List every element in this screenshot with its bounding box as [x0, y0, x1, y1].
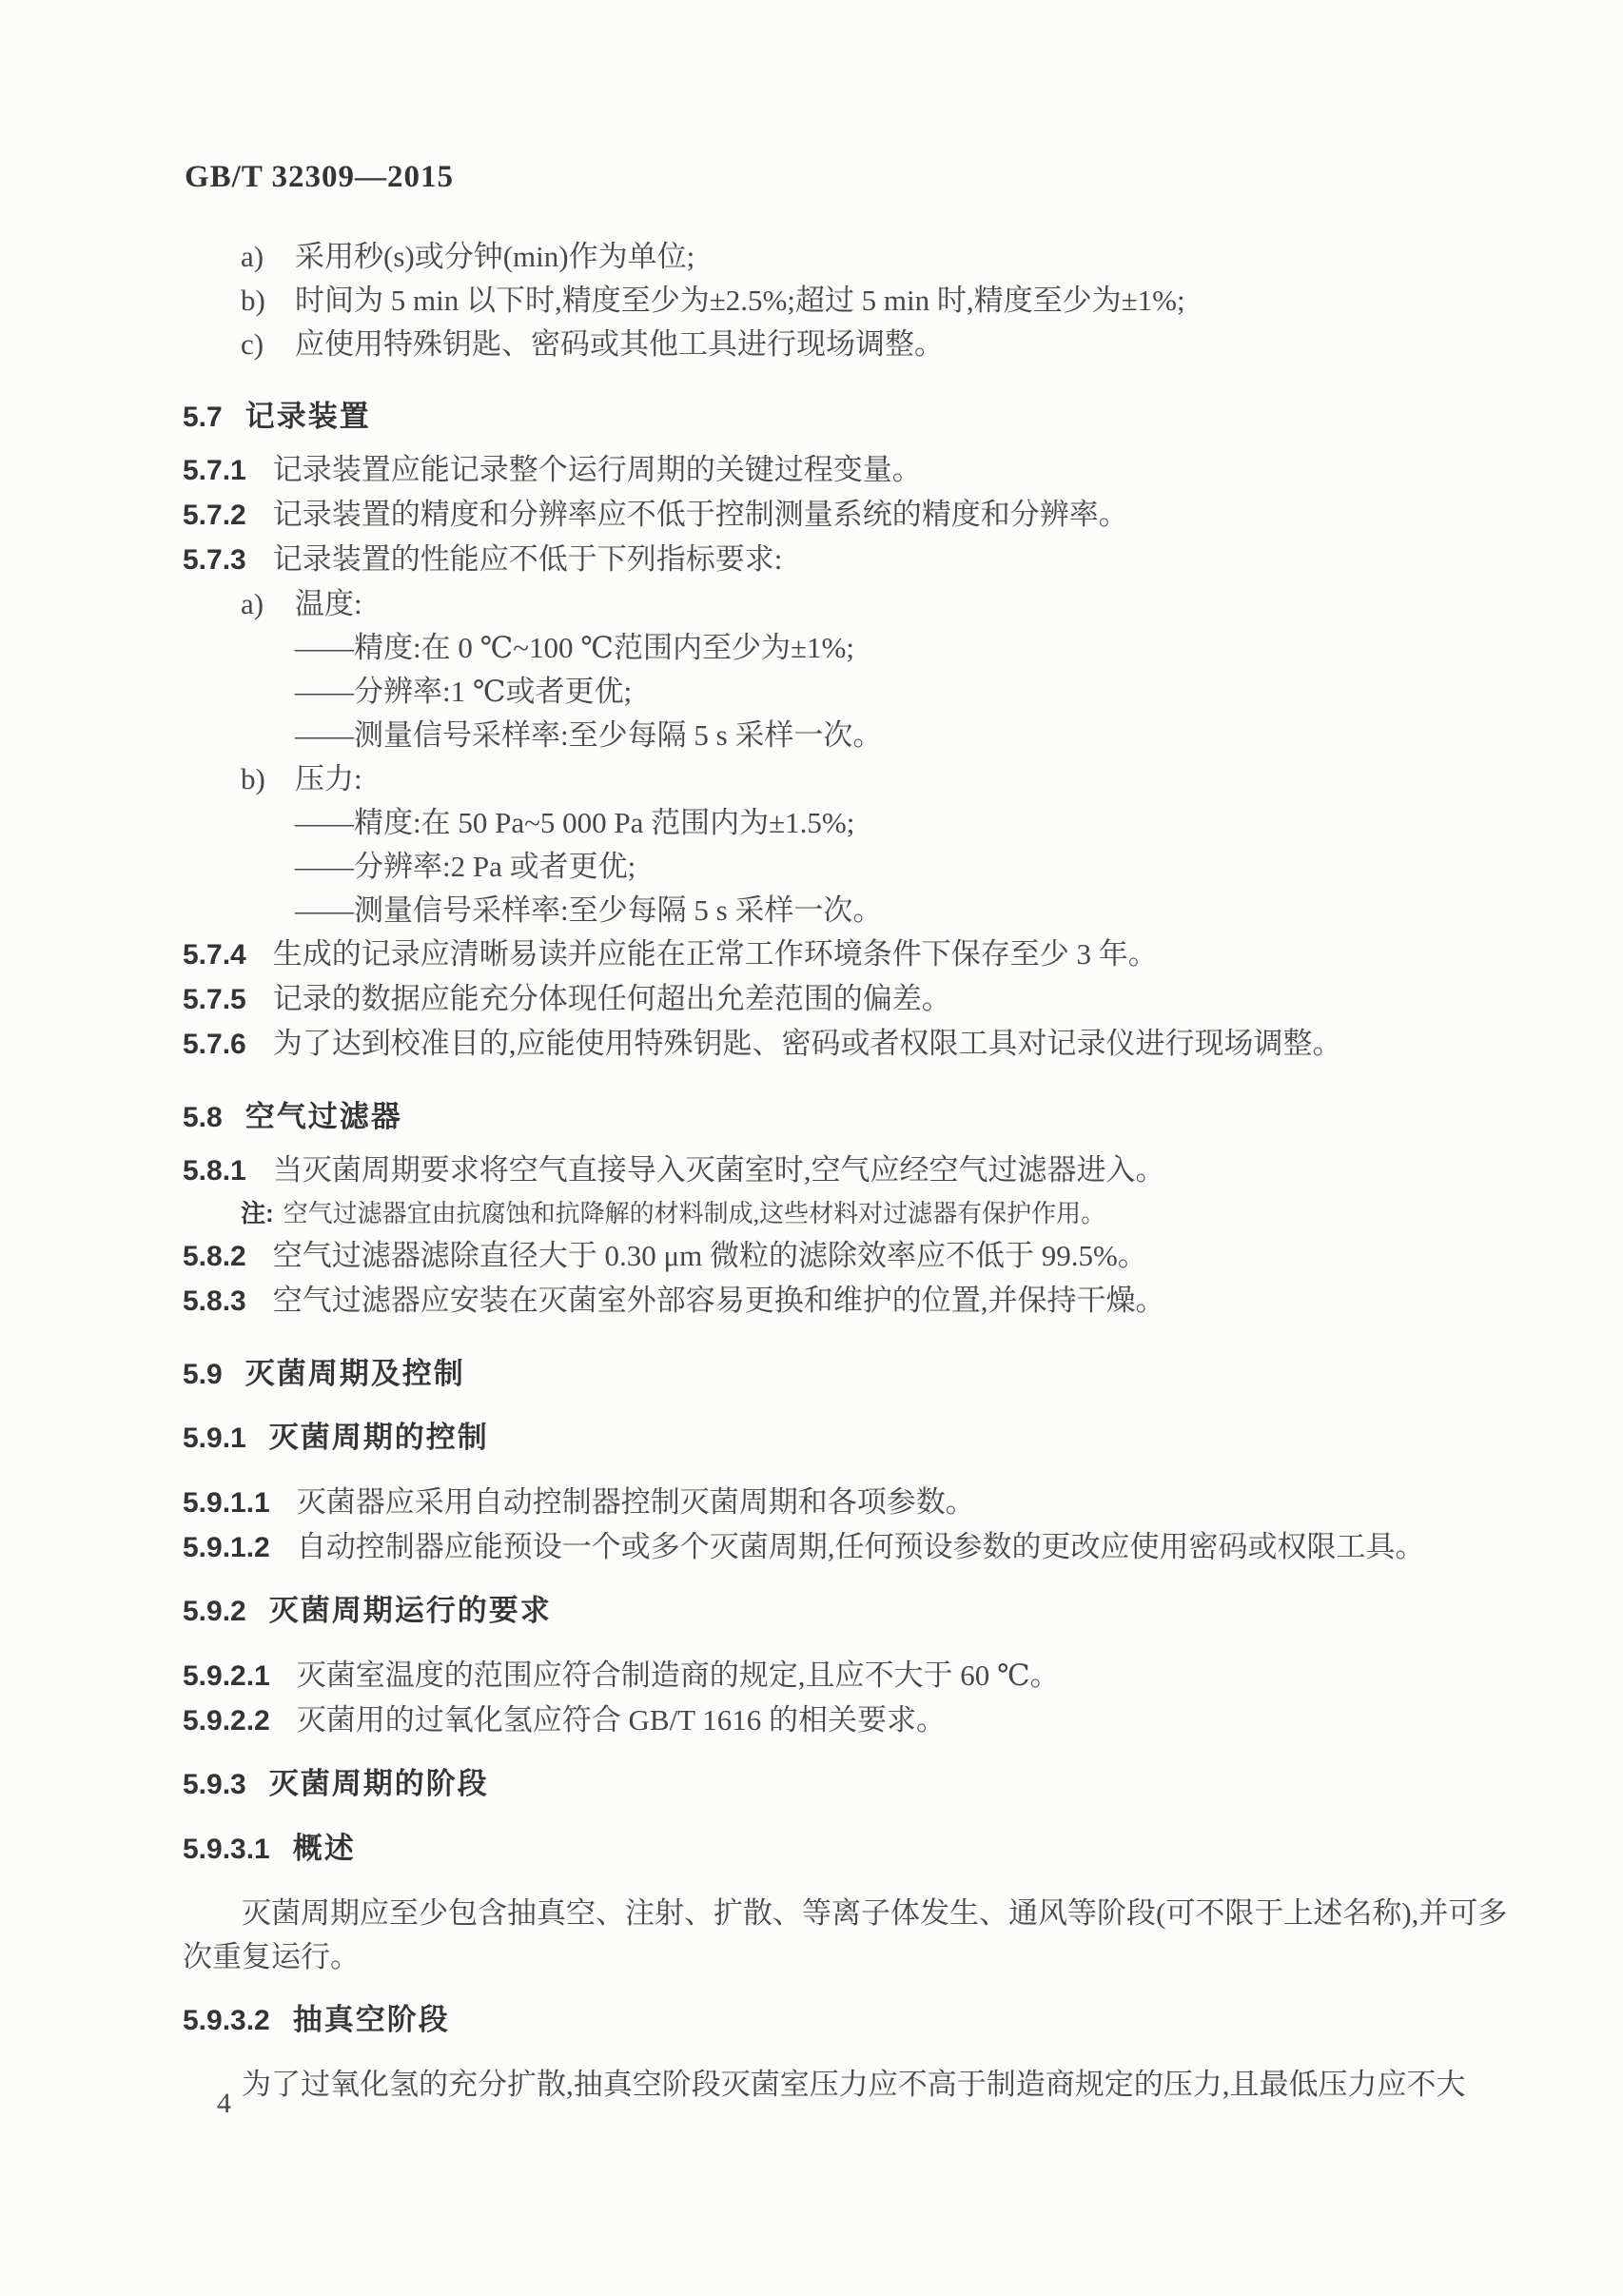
- clause-number: 5.7.2: [183, 500, 246, 531]
- list-item-b: b)时间为 5 min 以下时,精度至少为±2.5%;超过 5 min 时,精度…: [183, 279, 1518, 323]
- clause-5.9.1.2: 5.9.1.2自动控制器应能预设一个或多个灭菌周期,任何预设参数的更改应使用密码…: [183, 1525, 1518, 1570]
- clause-5.8.1: 5.8.1当灭菌周期要求将空气直接导入灭菌室时,空气应经空气过滤器进入。: [183, 1148, 1518, 1193]
- text: 生成的记录应清晰易读并应能在正常工作环境条件下保存至少 3 年。: [273, 937, 1158, 971]
- text: 灭菌周期的控制: [269, 1421, 489, 1454]
- clause-number: 5.8: [183, 1102, 223, 1133]
- clause-number: 5.7: [183, 402, 223, 433]
- item-label: a): [241, 235, 295, 279]
- paragraph-para-32: 灭菌周期应至少包含抽真空、注射、扩散、等离子体发生、通风等阶段(可不限于上述名称…: [183, 1892, 1518, 1979]
- section-heading-5.9: 5.9灭菌周期及控制: [183, 1352, 1518, 1397]
- text: 采用秒(s)或分钟(min)作为单位;: [295, 240, 694, 273]
- section-heading-5.8: 5.8空气过滤器: [183, 1095, 1518, 1140]
- clause-number: 5.8.1: [183, 1155, 246, 1187]
- section-heading-5.9.2: 5.9.2灭菌周期运行的要求: [183, 1589, 1518, 1634]
- text: 应使用特殊钥匙、密码或其他工具进行现场调整。: [295, 327, 944, 361]
- standard-number-header: GB/T 32309—2015: [185, 160, 454, 195]
- clause-number: 5.7.5: [183, 984, 246, 1015]
- text: 灭菌周期应至少包含抽真空、注射、扩散、等离子体发生、通风等阶段(可不限于上述名称…: [183, 1896, 1507, 1973]
- clause-number: 5.8.3: [183, 1285, 246, 1317]
- text: 记录的数据应能充分体现任何超出允差范围的偏差。: [273, 982, 951, 1015]
- text: 概述: [293, 1832, 356, 1865]
- item-label: c): [241, 323, 295, 366]
- list-item-a: a)温度:: [183, 582, 1518, 626]
- paragraph-para-34: 为了过氧化氢的充分扩散,抽真空阶段灭菌室压力应不高于制造商规定的压力,且最低压力…: [183, 2063, 1518, 2107]
- list-item-a: a)采用秒(s)或分钟(min)作为单位;: [183, 235, 1518, 279]
- dash-item-dash-9: ——分辨率:1 ℃或者更优;: [183, 670, 1518, 714]
- text: 自动控制器应能预设一个或多个灭菌周期,任何预设参数的更改应使用密码或权限工具。: [297, 1530, 1425, 1563]
- clause-number: 5.9.1: [183, 1423, 246, 1454]
- text: ——测量信号采样率:至少每隔 5 s 采样一次。: [295, 893, 882, 927]
- dash-item-dash-12: ——精度:在 50 Pa~5 000 Pa 范围内为±1.5%;: [183, 801, 1518, 845]
- dash-item-dash-14: ——测量信号采样率:至少每隔 5 s 采样一次。: [183, 889, 1518, 932]
- clause-5.7.5: 5.7.5记录的数据应能充分体现任何超出允差范围的偏差。: [183, 977, 1518, 1022]
- clause-number: 5.7.4: [183, 939, 246, 971]
- text: 灭菌周期及控制: [245, 1357, 465, 1390]
- text: 灭菌室温度的范围应符合制造商的规定,且应不大于 60 ℃。: [297, 1658, 1060, 1692]
- text: 为了达到校准目的,应能使用特殊钥匙、密码或者权限工具对记录仪进行现场调整。: [273, 1027, 1342, 1060]
- clause-number: 5.9.2: [183, 1596, 246, 1627]
- list-item-c: c)应使用特殊钥匙、密码或其他工具进行现场调整。: [183, 323, 1518, 366]
- text: ——精度:在 50 Pa~5 000 Pa 范围内为±1.5%;: [295, 806, 854, 839]
- text: 空气过滤器滤除直径大于 0.30 μm 微粒的滤除效率应不低于 99.5%。: [273, 1239, 1147, 1272]
- text: 记录装置的精度和分辨率应不低于控制测量系统的精度和分辨率。: [273, 498, 1128, 531]
- dash-item-dash-13: ——分辨率:2 Pa 或者更优;: [183, 845, 1518, 889]
- clause-5.8.3: 5.8.3空气过滤器应安装在灭菌室外部容易更换和维护的位置,并保持干燥。: [183, 1279, 1518, 1324]
- text: 记录装置应能记录整个运行周期的关键过程变量。: [273, 453, 922, 486]
- clause-number: 5.9.1.2: [183, 1532, 270, 1563]
- text: 为了过氧化氢的充分扩散,抽真空阶段灭菌室压力应不高于制造商规定的压力,且最低压力…: [242, 2068, 1466, 2101]
- text: 压力:: [295, 762, 362, 795]
- text: ——分辨率:2 Pa 或者更优;: [295, 850, 636, 883]
- clause-5.7.2: 5.7.2记录装置的精度和分辨率应不低于控制测量系统的精度和分辨率。: [183, 493, 1518, 538]
- list-item-b: b)压力:: [183, 757, 1518, 801]
- page-number: 4: [217, 2082, 231, 2126]
- text: 温度:: [295, 587, 362, 620]
- clause-number: 5.7.3: [183, 544, 246, 576]
- clause-number: 5.9.1.1: [183, 1487, 270, 1519]
- section-heading-5.9.3.1: 5.9.3.1概述: [183, 1827, 1518, 1872]
- text: ——精度:在 0 ℃~100 ℃范围内至少为±1%;: [295, 631, 854, 664]
- text: 灭菌用的过氧化氢应符合 GB/T 1616 的相关要求。: [297, 1703, 946, 1737]
- clause-number: 5.9.3: [183, 1769, 246, 1800]
- text: 空气过滤器宜由抗腐蚀和抗降解的材料制成,这些材料对过滤器有保护作用。: [284, 1200, 1106, 1227]
- item-label: b): [241, 757, 295, 801]
- dash-item-dash-8: ——精度:在 0 ℃~100 ℃范围内至少为±1%;: [183, 626, 1518, 670]
- section-heading-5.7: 5.7记录装置: [183, 395, 1518, 440]
- section-heading-5.9.1: 5.9.1灭菌周期的控制: [183, 1416, 1518, 1461]
- clause-5.7.1: 5.7.1记录装置应能记录整个运行周期的关键过程变量。: [183, 448, 1518, 493]
- text: 抽真空阶段: [293, 2003, 450, 2036]
- clause-number: 5.9: [183, 1359, 223, 1390]
- page-body: a)采用秒(s)或分钟(min)作为单位;b)时间为 5 min 以下时,精度至…: [183, 235, 1518, 2126]
- text: ——测量信号采样率:至少每隔 5 s 采样一次。: [295, 718, 882, 752]
- clause-number: 5.9.3.1: [183, 1834, 270, 1865]
- item-label: b): [241, 279, 295, 323]
- clause-5.7.6: 5.7.6为了达到校准目的,应能使用特殊钥匙、密码或者权限工具对记录仪进行现场调…: [183, 1022, 1518, 1067]
- text: 记录装置的性能应不低于下列指标要求:: [273, 542, 783, 576]
- text: 空气过滤器: [245, 1100, 402, 1133]
- clause-5.8.2: 5.8.2空气过滤器滤除直径大于 0.30 μm 微粒的滤除效率应不低于 99.…: [183, 1234, 1518, 1279]
- text: 时间为 5 min 以下时,精度至少为±2.5%;超过 5 min 时,精度至少…: [295, 284, 1185, 317]
- text: 灭菌周期的阶段: [269, 1767, 489, 1800]
- clause-number: 5.9.2.2: [183, 1705, 270, 1737]
- text: 灭菌器应采用自动控制器控制灭菌周期和各项参数。: [297, 1485, 975, 1519]
- item-label: 注:: [241, 1199, 274, 1227]
- text: 灭菌周期运行的要求: [269, 1594, 552, 1627]
- item-label: a): [241, 582, 295, 626]
- clause-5.9.2.1: 5.9.2.1灭菌室温度的范围应符合制造商的规定,且应不大于 60 ℃。: [183, 1654, 1518, 1698]
- clause-5.9.2.2: 5.9.2.2灭菌用的过氧化氢应符合 GB/T 1616 的相关要求。: [183, 1698, 1518, 1743]
- clause-5.7.3: 5.7.3记录装置的性能应不低于下列指标要求:: [183, 538, 1518, 582]
- text: 空气过滤器应安装在灭菌室外部容易更换和维护的位置,并保持干燥。: [273, 1284, 1165, 1317]
- clause-number: 5.7.1: [183, 455, 246, 486]
- text: 当灭菌周期要求将空气直接导入灭菌室时,空气应经空气过滤器进入。: [273, 1153, 1165, 1187]
- clause-number: 5.9.3.2: [183, 2005, 270, 2036]
- clause-5.9.1.1: 5.9.1.1灭菌器应采用自动控制器控制灭菌周期和各项参数。: [183, 1481, 1518, 1525]
- clause-5.7.4: 5.7.4生成的记录应清晰易读并应能在正常工作环境条件下保存至少 3 年。: [183, 932, 1518, 977]
- clause-number: 5.9.2.1: [183, 1660, 270, 1692]
- document-page: GB/T 32309—2015 a)采用秒(s)或分钟(min)作为单位;b)时…: [0, 0, 1623, 2296]
- text: ——分辨率:1 ℃或者更优;: [295, 675, 632, 708]
- section-heading-5.9.3.2: 5.9.3.2抽真空阶段: [183, 1998, 1518, 2043]
- section-heading-5.9.3: 5.9.3灭菌周期的阶段: [183, 1762, 1518, 1807]
- clause-number: 5.8.2: [183, 1241, 246, 1272]
- note-: 注:空气过滤器宜由抗腐蚀和抗降解的材料制成,这些材料对过滤器有保护作用。: [183, 1193, 1518, 1234]
- dash-item-dash-10: ——测量信号采样率:至少每隔 5 s 采样一次。: [183, 714, 1518, 757]
- text: 记录装置: [245, 400, 371, 433]
- clause-number: 5.7.6: [183, 1029, 246, 1060]
